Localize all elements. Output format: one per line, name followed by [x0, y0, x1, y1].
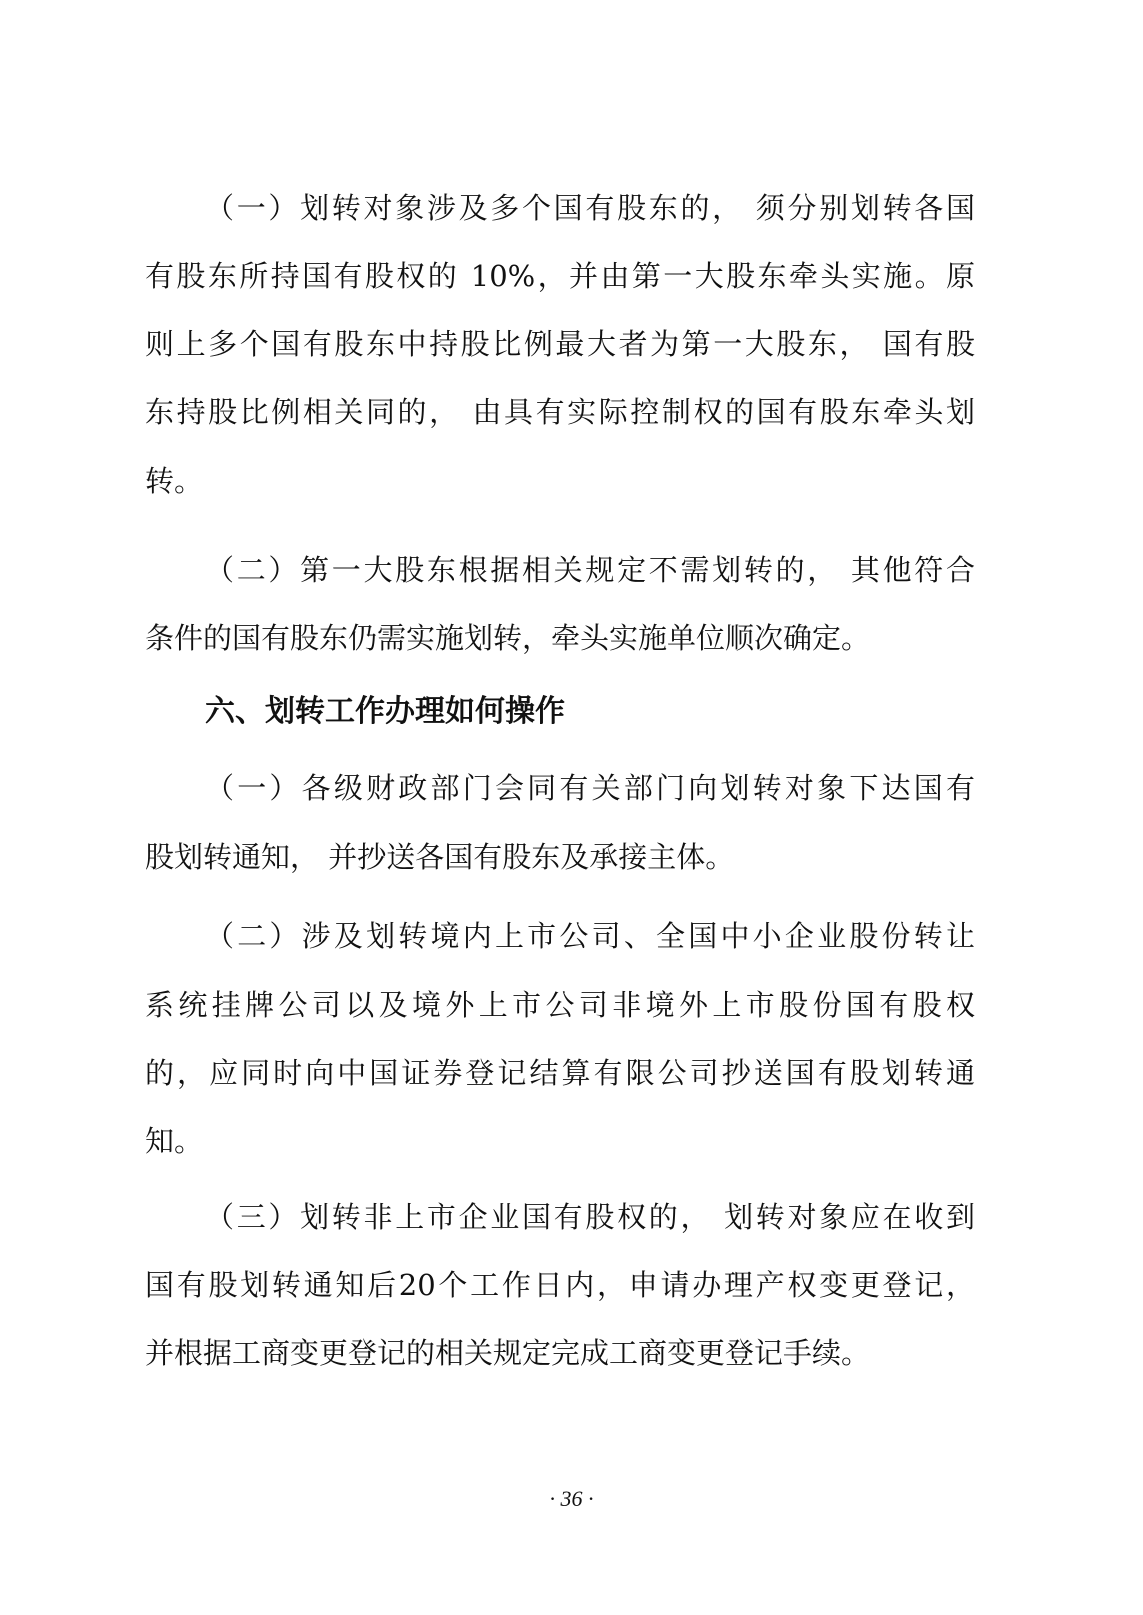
paragraph-1-line-5: 转。	[145, 463, 975, 499]
section-heading: 六、划转工作办理如何操作	[205, 694, 565, 730]
section-paragraph-3-line-3: 并根据工商变更登记的相关规定完成工商变更登记手续。	[145, 1335, 975, 1371]
section-paragraph-1-line-2: 股划转通知， 并抄送各国有股东及承接主体。	[145, 839, 975, 875]
section-paragraph-2-line-3: 的，应同时向中国证券登记结算有限公司抄送国有股划转通	[145, 1055, 975, 1091]
paragraph-2-line-1: （二）第一大股东根据相关规定不需划转的， 其他符合	[205, 552, 975, 588]
section-paragraph-2-line-1: （二）涉及划转境内上市公司、全国中小企业股份转让	[205, 918, 975, 954]
paragraph-1-line-3: 则上多个国有股东中持股比例最大者为第一大股东， 国有股	[145, 326, 975, 362]
paragraph-2-line-2: 条件的国有股东仍需实施划转，牵头实施单位顺次确定。	[145, 620, 975, 656]
document-page: （一）划转对象涉及多个国有股东的， 须分别划转各国 有股东所持国有股权的 10%…	[0, 0, 1143, 1615]
section-paragraph-3-line-1: （三）划转非上市企业国有股权的， 划转对象应在收到	[205, 1199, 975, 1235]
section-paragraph-1-line-1: （一）各级财政部门会同有关部门向划转对象下达国有	[205, 770, 975, 806]
paragraph-1-line-1: （一）划转对象涉及多个国有股东的， 须分别划转各国	[205, 190, 975, 226]
section-paragraph-3-line-2: 国有股划转通知后20个工作日内，申请办理产权变更登记，	[145, 1267, 975, 1303]
paragraph-1-line-2: 有股东所持国有股权的 10%，并由第一大股东牵头实施。原	[145, 258, 975, 294]
section-paragraph-2-line-2: 系统挂牌公司以及境外上市公司非境外上市股份国有股权	[145, 987, 975, 1023]
paragraph-1-line-4: 东持股比例相关同的， 由具有实际控制权的国有股东牵头划	[145, 394, 975, 430]
section-paragraph-2-line-4: 知。	[145, 1123, 975, 1159]
page-number: · 36 ·	[0, 1486, 1143, 1512]
